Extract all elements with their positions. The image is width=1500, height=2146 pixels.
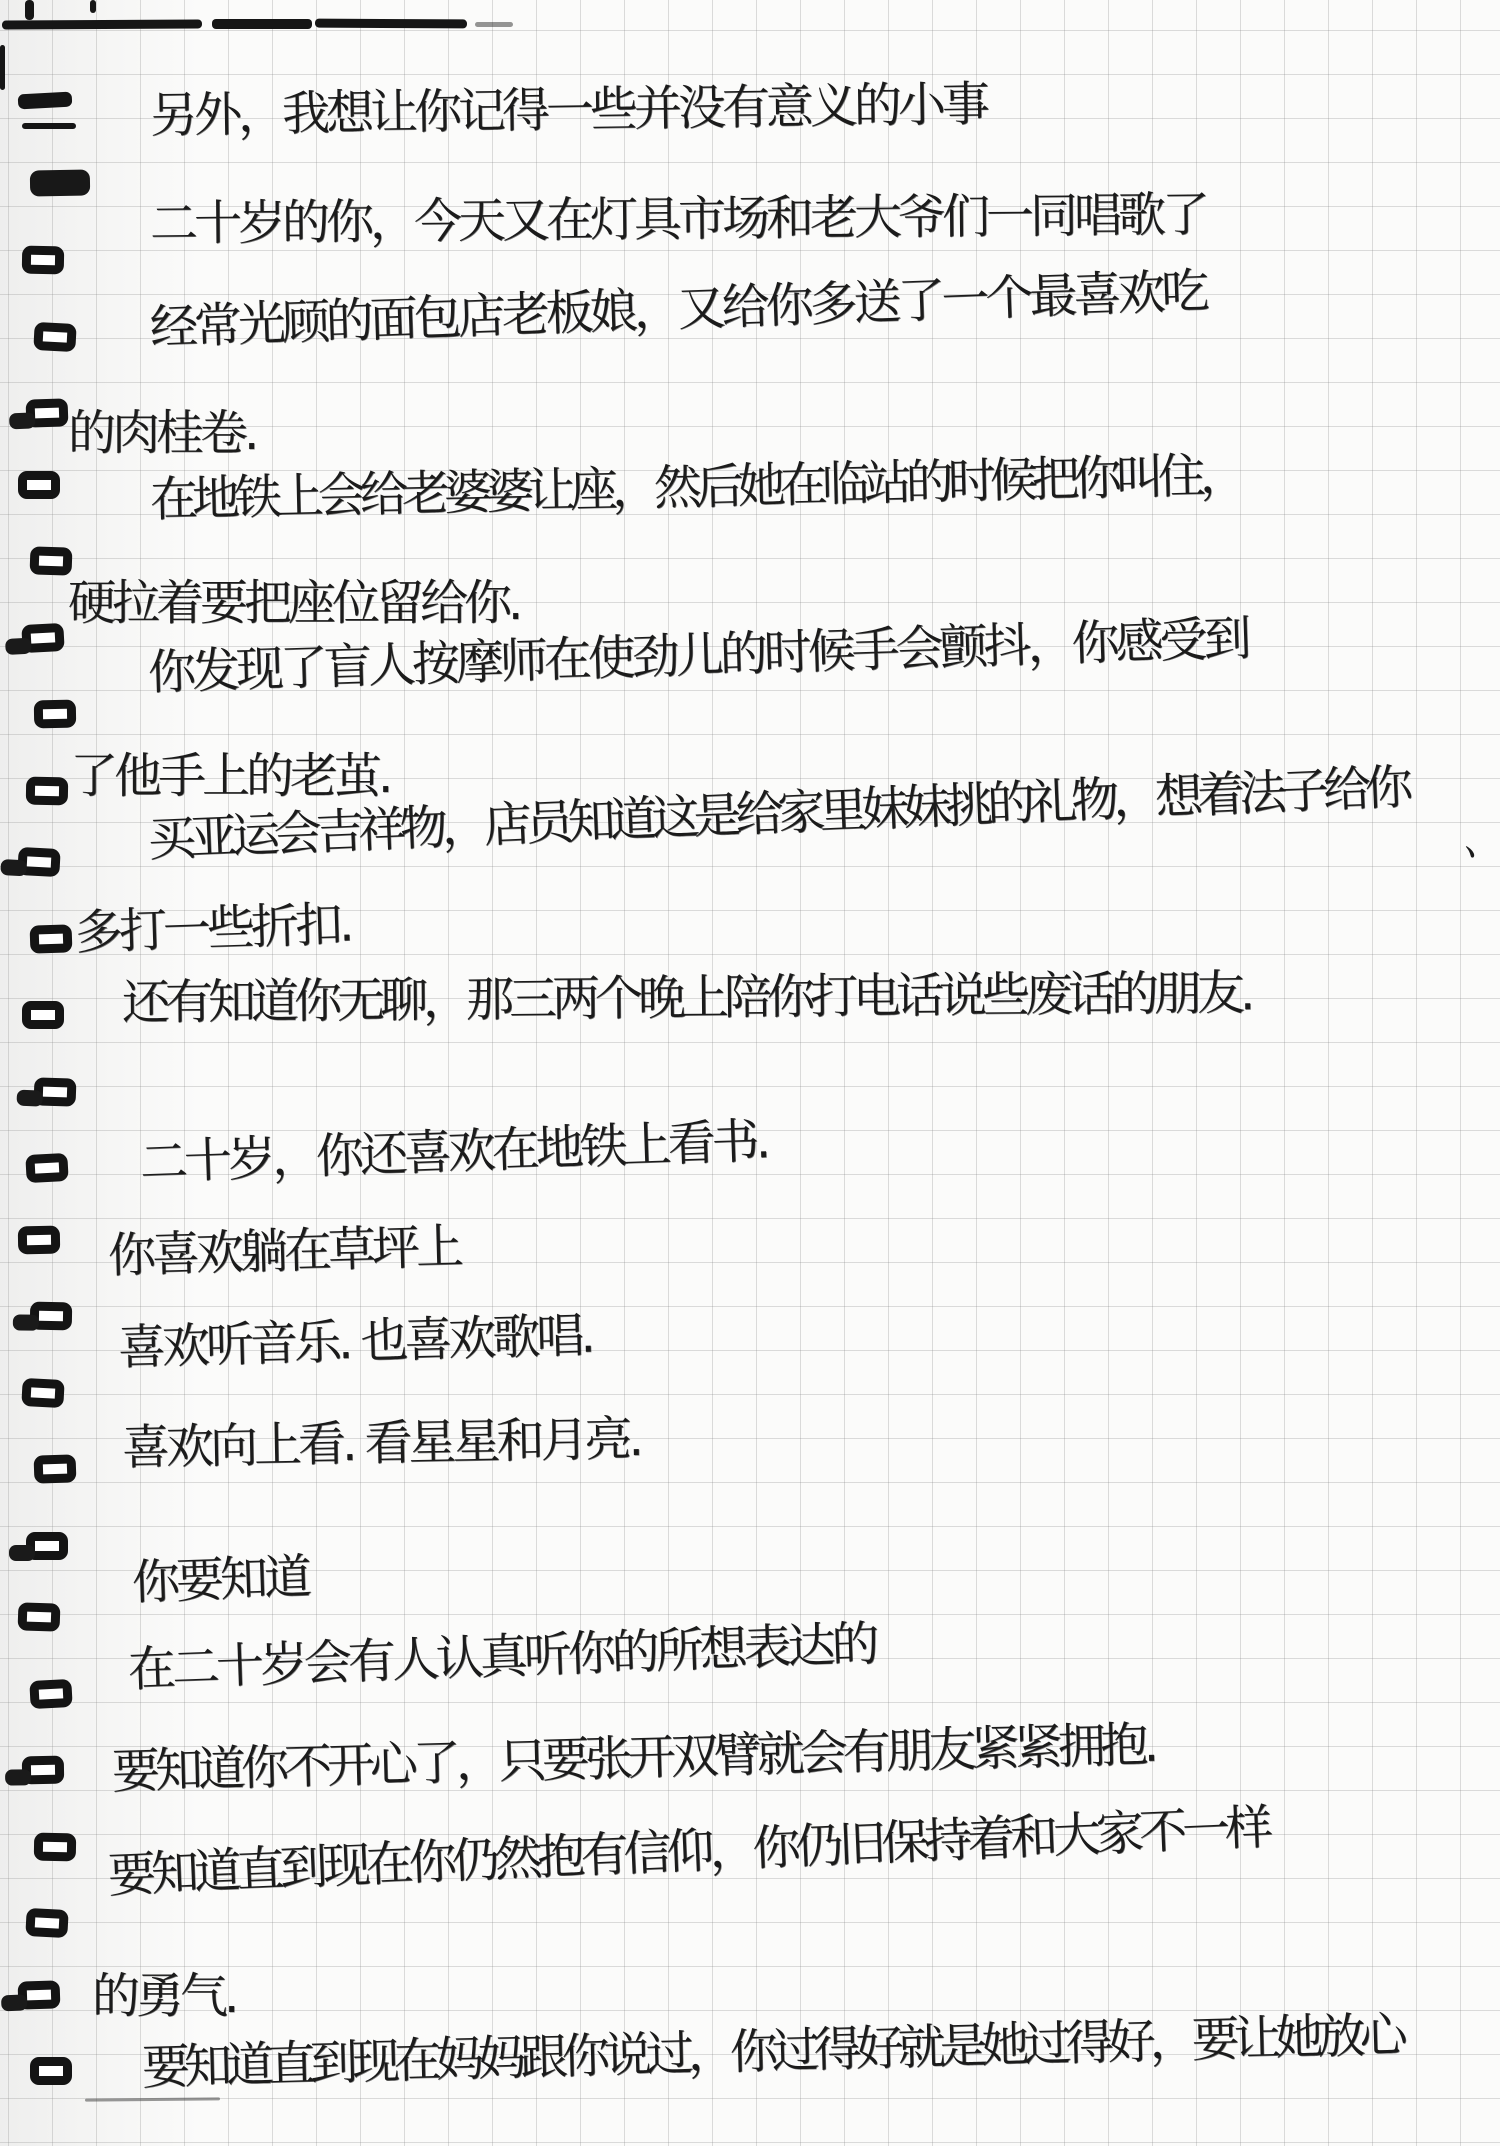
handwritten-line: 在二十岁会有人认真听你的所想表达的 (127, 1616, 877, 1700)
binding-hole (22, 1001, 64, 1029)
torn-top-edge (25, 0, 34, 20)
handwritten-line: 喜欢听音乐. 也喜欢歌唱. (117, 1308, 592, 1378)
handwritten-line: 的肉桂卷. (68, 405, 255, 463)
binding-hole-smear (9, 412, 36, 429)
binding-hole (25, 1908, 68, 1938)
handwritten-line: 要知道直到现在妈妈跟你说过，你过得好就是她过得好，要让她放心 (141, 2007, 1402, 2098)
binding-hole (26, 776, 68, 805)
handwritten-line: 在地铁上会给老婆婆让座，然后她在临站的时候把你叫住， (149, 447, 1242, 529)
binding-hole (22, 123, 76, 129)
binding-hole (18, 1225, 60, 1254)
torn-top-edge (2, 19, 202, 29)
binding-hole (18, 1602, 61, 1631)
binding-hole (30, 1302, 72, 1331)
binding-hole (30, 924, 73, 953)
handwritten-line: 硬拉着要把座位留给你. (68, 575, 519, 633)
handwritten-line: 经常光顾的面包店老板娘，又给你多送了一个最喜欢吃 (149, 263, 1206, 357)
binding-hole-smear (9, 1545, 35, 1561)
handwritten-line: 二十岁的你，今天又在灯具市场和老大爷们一同唱歌了 (150, 187, 1206, 254)
torn-top-edge (90, 0, 96, 13)
binding-hole (34, 1832, 76, 1861)
binding-hole (18, 471, 60, 499)
handwritten-line: 要知道直到现在你仍然抱有信仰，你仍旧保持着和大家不一样 (107, 1799, 1269, 1905)
binding-hole (22, 246, 64, 275)
torn-top-edge (475, 22, 513, 27)
binding-hole (26, 1532, 68, 1560)
binding-hole-smear (5, 1769, 31, 1785)
binding-hole-smear (1, 1994, 28, 2011)
torn-top-edge (212, 19, 312, 29)
binding-hole (29, 1678, 72, 1708)
binding-hole (18, 92, 73, 110)
binding-hole (34, 1454, 77, 1483)
binding-hole (21, 622, 64, 652)
binding-hole-smear (0, 859, 27, 876)
binding-hole (17, 847, 60, 877)
smudge-line (85, 2097, 220, 2101)
handwritten-line: 要知道你不开心了，只要张开双臂就会有朋友紧紧拥抱. (111, 1717, 1154, 1802)
notebook-page: 另外，我想让你记得一些并没有意义的小事 二十岁的你，今天又在灯具市场和老大爷们一… (0, 0, 1500, 2146)
binding-hole (34, 1077, 77, 1106)
handwritten-line: 的勇气. (92, 1968, 235, 2026)
binding-hole (33, 321, 76, 351)
binding-hole (26, 398, 69, 427)
binding-hole (22, 1756, 64, 1785)
binding-hole-smear (16, 1089, 43, 1106)
binding-hole (30, 546, 73, 575)
binding-hole (18, 1980, 61, 2009)
binding-hole (34, 700, 76, 729)
handwritten-line: 还有知道你无聊，那三两个晚上陪你打电话说些废话的朋友. (122, 965, 1251, 1032)
stray-ink-mark: 、 (1461, 808, 1500, 872)
handwritten-line: 你喜欢躺在草坪上 (107, 1219, 460, 1286)
torn-left-edge (0, 45, 5, 90)
binding-hole-smear (13, 1314, 39, 1330)
handwritten-line: 你要知道 (131, 1549, 309, 1613)
handwritten-line: 另外，我想让你记得一些并没有意义的小事 (150, 76, 987, 145)
handwritten-line: 了他手上的老茧. (70, 748, 389, 806)
binding-hole (25, 1153, 68, 1183)
binding-hole (21, 1377, 64, 1407)
handwritten-line: 二十岁，你还喜欢在地铁上看书. (139, 1113, 768, 1192)
binding-hole (30, 169, 90, 196)
binding-hole-smear (5, 637, 32, 654)
binding-hole (30, 2057, 72, 2085)
torn-top-edge (315, 19, 467, 29)
handwritten-line: 多打一些折扣. (74, 896, 351, 962)
handwritten-line: 喜欢向上看. 看星星和月亮. (121, 1411, 640, 1478)
